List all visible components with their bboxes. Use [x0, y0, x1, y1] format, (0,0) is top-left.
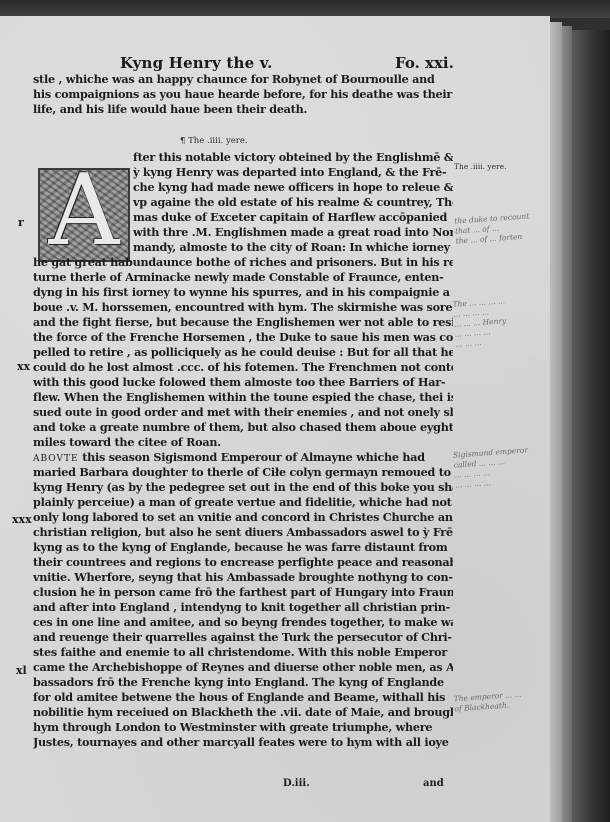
text-line: only long labored to set an vnitie and c…	[33, 510, 453, 525]
text-line: and reuenge their quarrelles against the…	[33, 630, 453, 645]
text-fragment: this season Sigismond Emperour of Almayn…	[79, 450, 425, 464]
text-line: bassadors frō the Frenche kyng into Engl…	[33, 675, 453, 690]
text-line: stle , whiche was an happy chaunce for R…	[33, 72, 453, 87]
text-line: sued oute in good order and met with the…	[33, 405, 453, 420]
printed-margin-note: The .iiii. yere.	[454, 162, 507, 171]
text-line: came the Archebishoppe of Reynes and diu…	[33, 660, 453, 675]
text-line: vp againe the old estate of his realme &…	[133, 195, 453, 210]
paragraph-lead: ABOVTE	[33, 454, 79, 464]
handwritten-annotation: the duke to recount that ... of ... the …	[454, 211, 531, 246]
text-line: kyng Henry (as by the pedegree set out i…	[33, 480, 453, 495]
text-line: ỳ kyng Henry was departed into England, …	[133, 165, 453, 180]
left-margin-numeral: xl	[16, 664, 27, 677]
text-line: flew. When the Englishemen within the to…	[33, 390, 453, 405]
text-line: could do he lost almost .ccc. of his fot…	[33, 360, 453, 375]
text-line: fter this notable victory obteined by th…	[133, 150, 453, 165]
handwritten-annotation: Sigismund emperor called ... ... ... ...…	[453, 445, 531, 490]
section-heading: ¶ The .iiii. yere.	[180, 136, 248, 146]
text-line: stes faithe and enemie to all christendo…	[33, 645, 453, 660]
text-line: miles toward the citee of Roan.	[33, 435, 453, 450]
text-line: boue .v. M. horssemen, encountred with h…	[33, 300, 453, 315]
text-line: with thre .M. Englishmen made a great ro…	[133, 225, 453, 240]
text-line: plainly perceiue) a man of greate vertue…	[33, 495, 453, 510]
catchword: and	[423, 778, 444, 789]
text-line: christian religion, but also he sent diu…	[33, 525, 453, 540]
annotation-line: ... ... ...	[455, 336, 508, 350]
decorated-initial: A	[38, 168, 130, 262]
book-binding-shadow	[572, 30, 610, 822]
text-line: with this good lucke folowed them almost…	[33, 375, 453, 390]
drop-cap-letter: A	[40, 168, 128, 260]
text-line: dyng in his first iorney to wynne his sp…	[33, 285, 453, 300]
text-line: clusion he in person came frō the farthe…	[33, 585, 453, 600]
handwritten-annotation: The ... ... ... ... ... ... ... ... ... …	[452, 296, 508, 350]
text-line: Justes, tournayes and other marcyall fea…	[33, 735, 453, 750]
page-edge	[562, 26, 572, 822]
running-head: Kyng Henry the v.	[120, 54, 273, 72]
handwritten-annotation: The emperor ... ... of Blackheath.	[453, 690, 522, 715]
text-line: the force of the Frenche Horsemen , the …	[33, 330, 453, 345]
text-line: mas duke of Exceter capitain of Harflew …	[133, 210, 453, 225]
text-line: hym through London to Westminster with g…	[33, 720, 453, 735]
text-line: vnitie. Wherfore, seyng that his Ambassa…	[33, 570, 453, 585]
left-margin-numeral: xxx	[12, 513, 32, 526]
book-page: Kyng Henry the v. Fo. xxi. stle , whiche…	[0, 16, 550, 822]
text-line: for old amitee betwene the hous of Engla…	[33, 690, 453, 705]
text-line: pelled to retire , as polliciquely as he…	[33, 345, 453, 360]
text-line: kyng as to the kyng of Englande, because…	[33, 540, 453, 555]
text-line: maried Barbara doughter to therle of Cił…	[33, 465, 453, 480]
book-photograph: Kyng Henry the v. Fo. xxi. stle , whiche…	[0, 0, 610, 822]
text-line: and after into England , intendyng to kn…	[33, 600, 453, 615]
folio-number: Fo. xxi.	[395, 54, 454, 72]
text-line: and the fight fierse, but because the En…	[33, 315, 453, 330]
text-line: nobilitie hym receiued on Blackheth the …	[33, 705, 453, 720]
text-line: his compaignions as you haue hearde befo…	[33, 87, 453, 102]
text-line: life, and his life would haue been their…	[33, 102, 453, 117]
text-line: their countrees and regions to encrease …	[33, 555, 453, 570]
text-line: che kyng had made newe officers in hope …	[133, 180, 453, 195]
left-margin-numeral: xx	[17, 360, 30, 373]
left-margin-numeral: r	[18, 216, 24, 229]
text-line: ces in one line and amitee, and so beyng…	[33, 615, 453, 630]
text-line: he gat great habundaunce bothe of riches…	[33, 255, 453, 270]
page-edge	[550, 22, 562, 822]
text-line: mandy, almoste to the city of Roan: In w…	[133, 240, 453, 255]
signature-mark: D.iii.	[283, 778, 310, 789]
text-line: ABOVTE this season Sigismond Emperour of…	[33, 450, 453, 465]
text-line: and toke a greate numbre of them, but al…	[33, 420, 453, 435]
text-line: turne therle of Arminacke newly made Con…	[33, 270, 453, 285]
